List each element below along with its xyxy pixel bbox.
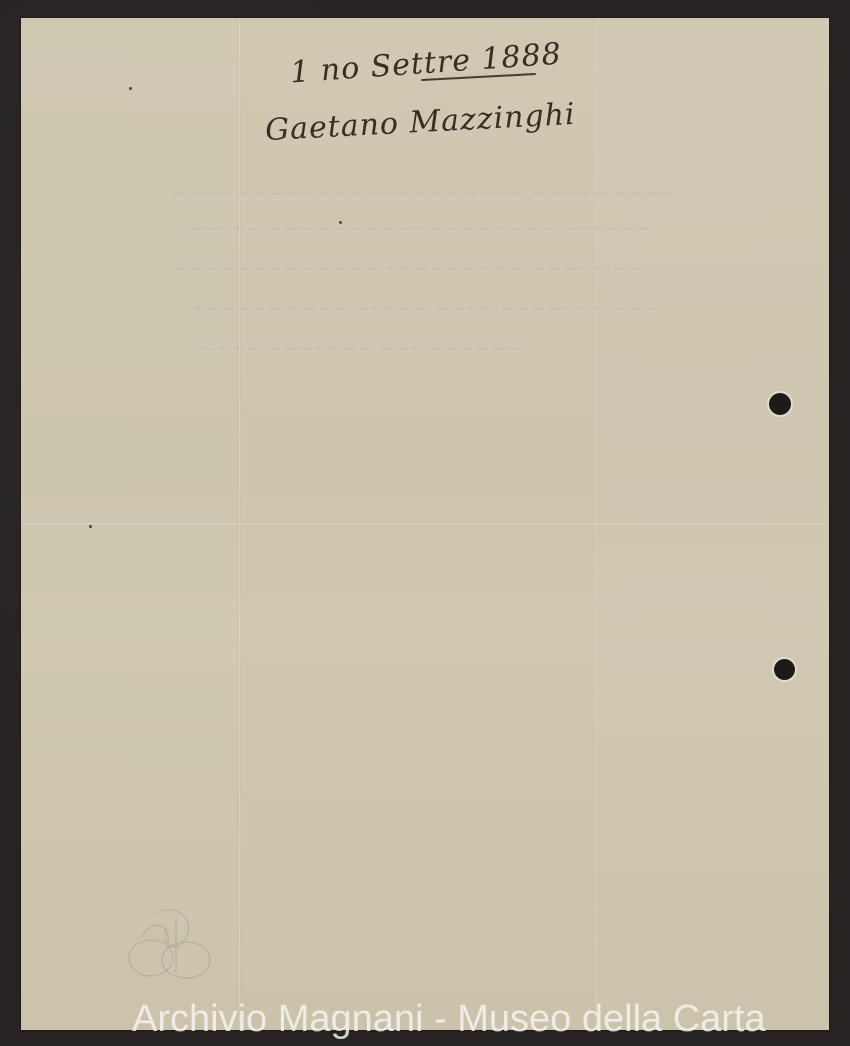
embossed-monogram-icon	[116, 898, 226, 988]
archive-watermark: Archivio Magnani - Museo della Carta	[132, 998, 766, 1041]
bleed-through-text: ~~~~~ ~~~ ~~~~~~~ ~~~~ ~~~~ ~~~~~~	[186, 218, 652, 239]
paper-speck	[89, 525, 92, 528]
paper-speck	[129, 87, 132, 90]
punch-hole-lower	[774, 659, 795, 680]
horizontal-fold	[21, 522, 829, 525]
bleed-through-text: ~~~~ ~~~~~~~ ~~~ ~~~~~~	[201, 338, 520, 359]
bleed-through-text: ~~~ ~~~~~~ ~~~~ ~~~~~~ ~~~ ~~~~~ ~~	[171, 258, 643, 279]
bleed-through-text: ~~~~ ~~~~~ ~~~ ~~~~~~ ~~~~ ~~~~~ ~~~~	[171, 183, 673, 204]
bleed-through-text: ~~~~~~ ~~~~ ~~~~~ ~~~~ ~~~~~~~ ~~~	[191, 298, 657, 319]
punch-hole-upper	[769, 393, 791, 415]
letter-sheet: ~~~~ ~~~~~ ~~~ ~~~~~~ ~~~~ ~~~~~ ~~~~ ~~…	[21, 18, 829, 1030]
paper-speck	[339, 221, 342, 224]
